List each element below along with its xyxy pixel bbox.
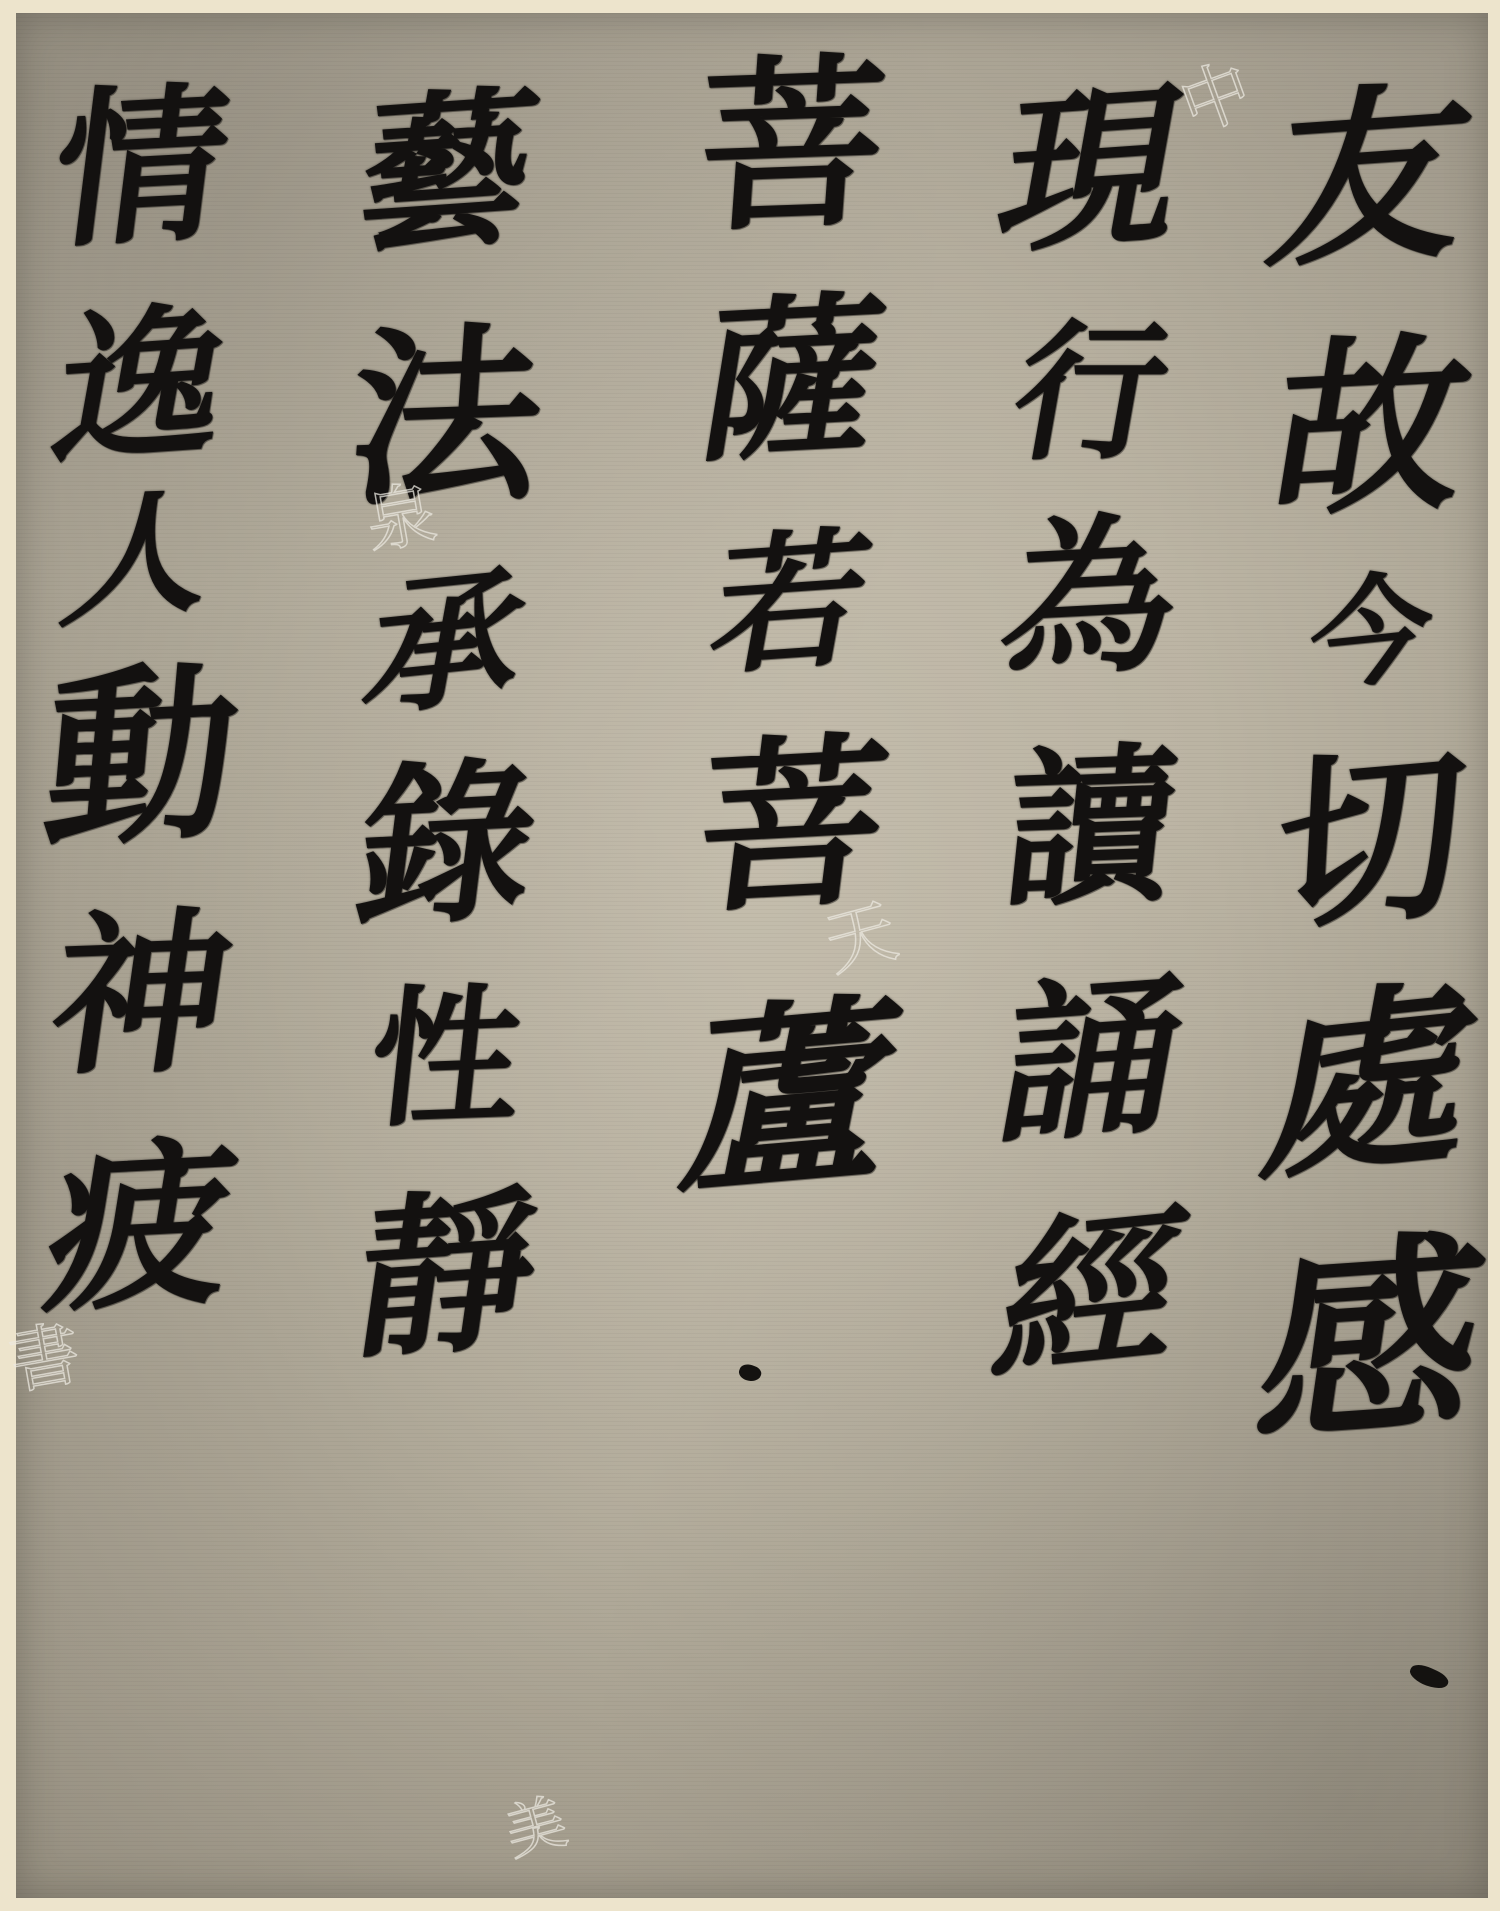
- calligraphy-column-4: 藝 法 承 錄 性 靜: [336, 13, 556, 1363]
- character: 誦: [987, 967, 1196, 1154]
- calligraphy-paper: 友 故 今 切 處 感 現 行 為 讀 誦 經 菩 薩 若 菩 蘆 薩 藝: [16, 13, 1488, 1898]
- calligraphy-column-1: 友 故 今 切 處 感: [1266, 13, 1476, 1448]
- character: 處: [1250, 973, 1491, 1193]
- character: 現: [987, 77, 1196, 264]
- character: 友: [1258, 77, 1485, 280]
- character: 蘆: [669, 990, 913, 1207]
- calligraphy-column-2: 現 行 為 讀 誦 經: [981, 13, 1201, 1383]
- calligraphy-column-3: 菩 薩 若 菩 蘆 薩: [676, 13, 906, 1268]
- character: 感: [1247, 1226, 1495, 1455]
- character: 神: [41, 905, 242, 1086]
- character: 情: [45, 79, 237, 258]
- character: 靜: [345, 1182, 547, 1369]
- watermark-glyph: 泉: [360, 477, 441, 558]
- character: 切: [1273, 740, 1469, 940]
- character: 為: [992, 509, 1191, 688]
- character: 錄: [347, 754, 545, 938]
- character: 逸: [43, 297, 240, 473]
- character: 行: [1003, 318, 1179, 468]
- watermark-glyph: 書: [4, 1317, 85, 1398]
- character: 藝: [345, 82, 548, 263]
- character: 性: [363, 980, 529, 1135]
- character: 故: [1260, 328, 1482, 528]
- calligraphy-column-5: 情 逸 人 動 神 疲: [36, 13, 246, 1318]
- character: 今: [1306, 567, 1436, 699]
- character: 人: [53, 479, 230, 637]
- character: 承: [356, 561, 537, 726]
- character: 薩: [689, 289, 894, 473]
- mount-border: 友 故 今 切 處 感 現 行 為 讀 誦 經 菩 薩 若 菩 蘆 薩 藝: [0, 0, 1500, 1911]
- character: 讀: [997, 740, 1186, 916]
- character: 經: [982, 1199, 1200, 1391]
- character: 若: [701, 523, 880, 683]
- character: 疲: [36, 1133, 247, 1322]
- character: 菩: [692, 50, 891, 241]
- character: 動: [37, 658, 245, 858]
